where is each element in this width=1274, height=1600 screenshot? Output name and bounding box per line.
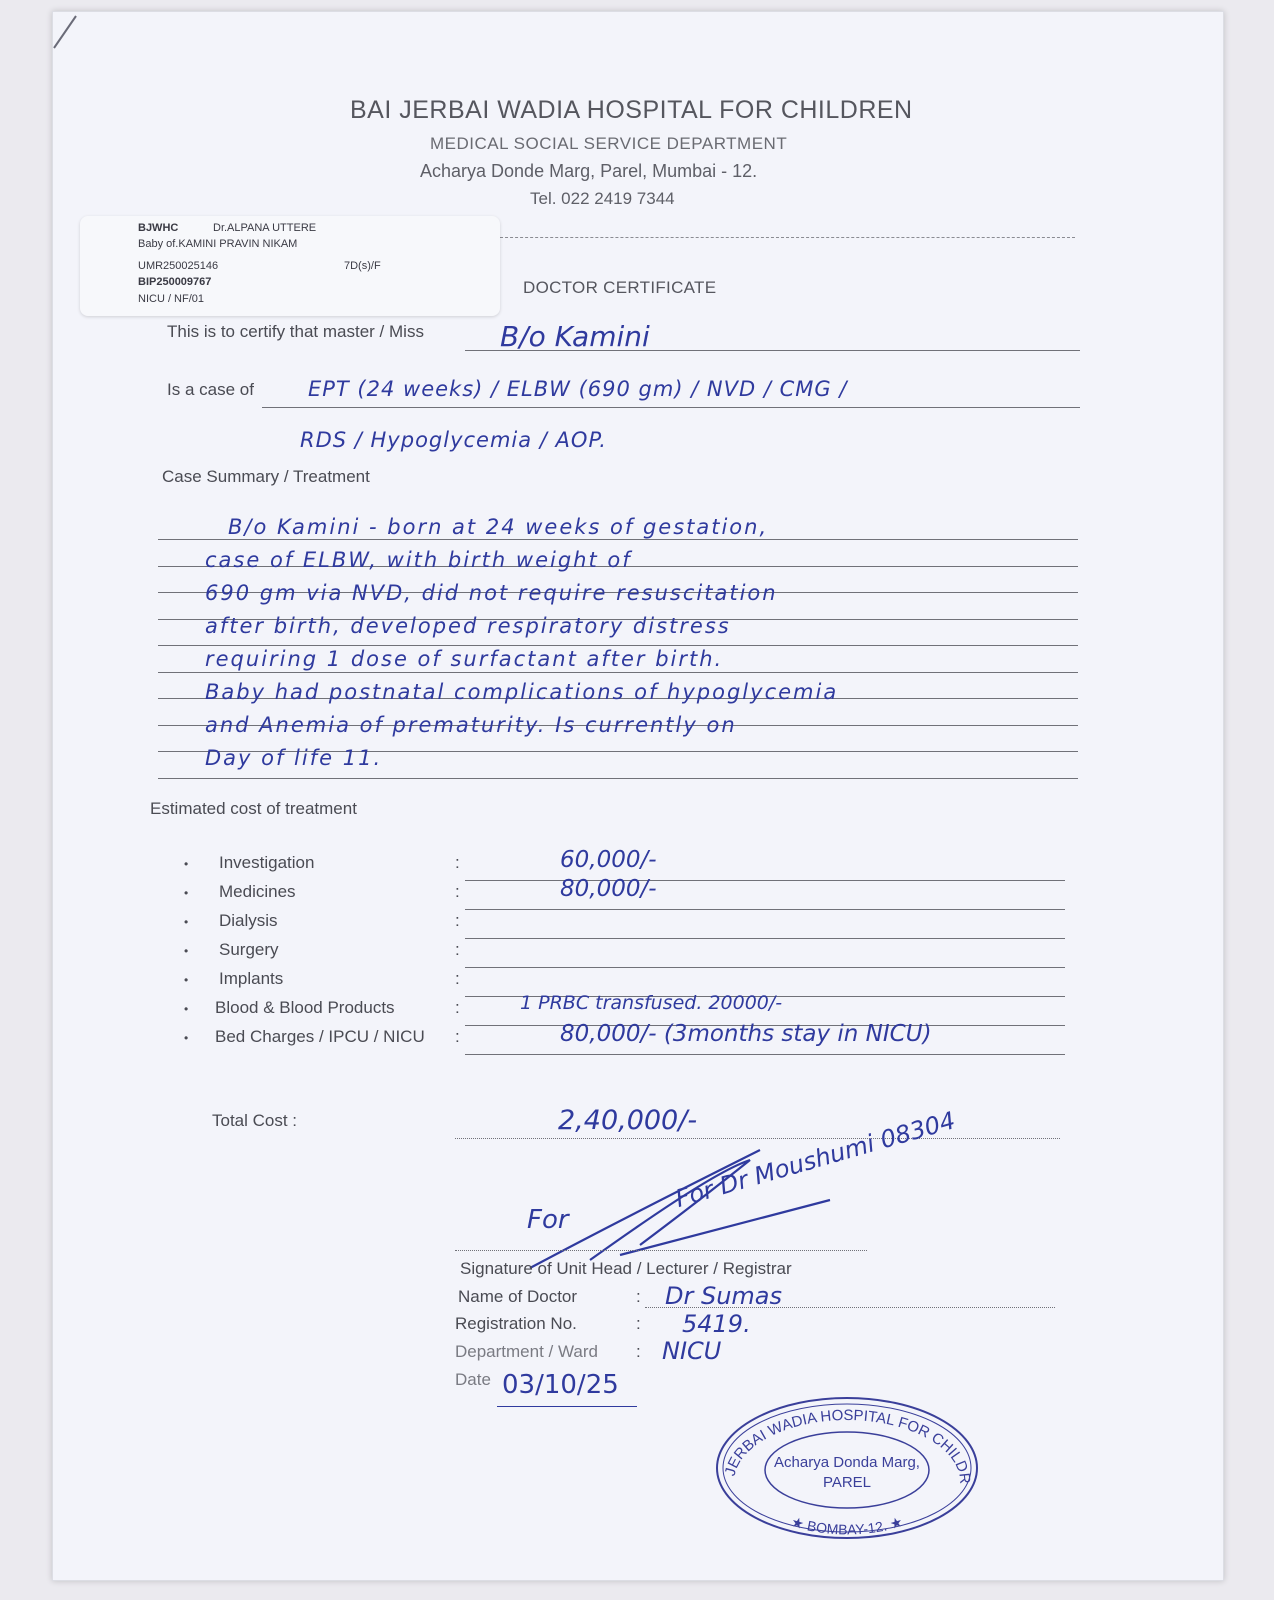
- bullet-icon: •: [184, 886, 188, 900]
- registration-value: 5419.: [682, 1310, 751, 1338]
- summary-line: and Anemia of prematurity. Is currently …: [205, 713, 737, 737]
- diagnosis-line-2: RDS / Hypoglycemia / AOP.: [300, 428, 607, 452]
- bullet-icon: •: [184, 1002, 188, 1016]
- case-of-label: Is a case of: [167, 380, 254, 400]
- sticker-umr: UMR250025146: [138, 260, 218, 272]
- department-name: MEDICAL SOCIAL SERVICE DEPARTMENT: [430, 134, 787, 154]
- colon: :: [455, 911, 460, 931]
- bullet-icon: •: [184, 973, 188, 987]
- summary-line: after birth, developed respiratory distr…: [205, 614, 731, 638]
- cost-item-value: 60,000/-: [560, 847, 657, 873]
- sticker-org: BJWHC: [138, 222, 178, 234]
- cost-item-value: 80,000/-: [560, 876, 657, 902]
- cost-item-label: Bed Charges / IPCU / NICU: [215, 1027, 425, 1047]
- date-label: Date: [455, 1370, 491, 1390]
- colon: :: [455, 940, 460, 960]
- cost-item-label: Investigation: [219, 853, 314, 873]
- sticker-age-sex: 7D(s)/F: [344, 260, 381, 272]
- pen-stroke-mark: [52, 14, 78, 50]
- patient-sticker: BJWHC Dr.ALPANA UTTERE Baby of.KAMINI PR…: [80, 216, 500, 316]
- summary-line: 690 gm via NVD, did not require resuscit…: [205, 581, 778, 605]
- case-of-line: [262, 407, 1080, 408]
- total-cost-line: [455, 1138, 1060, 1139]
- signature-line: [455, 1250, 867, 1251]
- bullet-icon: •: [184, 944, 188, 958]
- cost-item-label: Dialysis: [219, 911, 278, 931]
- cost-item-line: [465, 967, 1065, 968]
- cost-item-line: [465, 938, 1065, 939]
- department-label: Department / Ward: [455, 1342, 598, 1362]
- stamp-inner-1: Acharya Donda Marg,: [774, 1454, 920, 1471]
- colon: :: [636, 1314, 641, 1334]
- bullet-icon: •: [184, 1031, 188, 1045]
- summary-rule: [158, 778, 1078, 779]
- colon: :: [455, 998, 460, 1018]
- sticker-ward: NICU / NF/01: [138, 293, 204, 305]
- summary-line: Day of life 11.: [205, 746, 382, 770]
- cost-item-value: 1 PRBC transfused. 20000/-: [520, 992, 782, 1014]
- colon: :: [455, 969, 460, 989]
- summary-line: B/o Kamini - born at 24 weeks of gestati…: [228, 515, 768, 539]
- certificate-title: DOCTOR CERTIFICATE: [523, 278, 716, 298]
- hospital-name: BAI JERBAI WADIA HOSPITAL FOR CHILDREN: [350, 96, 913, 125]
- cost-item-label: Surgery: [219, 940, 279, 960]
- cost-item-value: 80,000/- (3months stay in NICU): [560, 1021, 932, 1047]
- total-cost-value: 2,40,000/-: [558, 1105, 697, 1136]
- colon: :: [455, 853, 460, 873]
- hospital-stamp: BAI JERBAI WADIA HOSPITAL FOR CHILDREN A…: [712, 1390, 982, 1540]
- colon: :: [636, 1287, 641, 1307]
- diagnosis-line-1: EPT (24 weeks) / ELBW (690 gm) / NVD / C…: [308, 377, 847, 401]
- estimated-cost-label: Estimated cost of treatment: [150, 799, 357, 819]
- stamp-inner-2: PAREL: [823, 1474, 871, 1491]
- hospital-address: Acharya Donde Marg, Parel, Mumbai - 12.: [420, 161, 757, 182]
- bullet-icon: •: [184, 915, 188, 929]
- summary-rule: [158, 672, 1078, 673]
- cost-item-line: [465, 909, 1065, 910]
- patient-name-value: B/o Kamini: [500, 320, 650, 353]
- cost-item-label: Medicines: [219, 882, 296, 902]
- cost-item-line: [465, 880, 1065, 881]
- total-cost-label: Total Cost :: [212, 1111, 297, 1131]
- department-value: NICU: [662, 1337, 721, 1365]
- summary-line: requiring 1 dose of surfactant after bir…: [205, 647, 723, 671]
- signature-label: Signature of Unit Head / Lecturer / Regi…: [460, 1259, 792, 1279]
- cost-item-label: Implants: [219, 969, 283, 989]
- header-divider: [495, 237, 1075, 238]
- colon: :: [455, 1027, 460, 1047]
- summary-line: case of ELBW, with birth weight of: [205, 548, 632, 572]
- colon: :: [455, 882, 460, 902]
- hospital-phone: Tel. 022 2419 7344: [530, 189, 675, 209]
- case-summary-label: Case Summary / Treatment: [162, 467, 370, 487]
- date-value: 03/10/25: [502, 1370, 619, 1400]
- doctor-name-label: Name of Doctor: [458, 1287, 577, 1307]
- sticker-doctor: Dr.ALPANA UTTERE: [213, 222, 316, 234]
- summary-rule: [158, 645, 1078, 646]
- certify-label: This is to certify that master / Miss: [167, 322, 424, 342]
- sticker-patient: Baby of.KAMINI PRAVIN NIKAM: [138, 238, 297, 250]
- colon: :: [636, 1342, 641, 1362]
- summary-rule: [158, 539, 1078, 540]
- date-underline: [497, 1406, 637, 1407]
- summary-line: Baby had postnatal complications of hypo…: [205, 680, 838, 704]
- signature-for: For: [527, 1205, 569, 1235]
- doctor-name-value: Dr Sumas: [665, 1282, 782, 1310]
- sticker-bip: BIP250009767: [138, 276, 211, 288]
- registration-label: Registration No.: [455, 1314, 577, 1334]
- cost-item-label: Blood & Blood Products: [215, 998, 395, 1018]
- bullet-icon: •: [184, 857, 188, 871]
- cost-item-line: [465, 1054, 1065, 1055]
